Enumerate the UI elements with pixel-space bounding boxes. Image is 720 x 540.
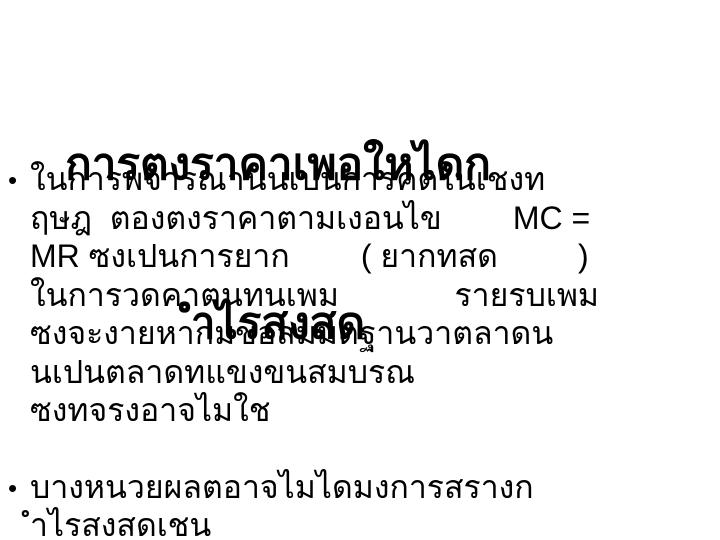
body-line: ฤษฎ ตองตงราคาตามเงอนไข MC = xyxy=(30,199,716,238)
body-line: นเปนตลาดทแขงขนสมบรณ xyxy=(30,353,716,392)
bullet-text-1: ในการพจารณานนเปนการคดในเชงท ฤษฎ ตองตงราค… xyxy=(30,160,716,430)
body-line: บางหนวยผลตอาจไมไดมงการสรางก xyxy=(30,468,716,507)
bullet-item-2: • บางหนวยผลตอาจไมไดมงการสรางก ำไรสงสดเชน xyxy=(8,468,716,540)
bullet-marker-icon: • xyxy=(8,469,17,508)
body-line: ซงจะงายหากมขอสมมตฐานวาตลาดน xyxy=(30,314,716,353)
bullet-marker-icon: • xyxy=(8,161,17,200)
body-line: ซงทจรงอาจไมใช xyxy=(30,391,716,430)
bullet-text-2: บางหนวยผลตอาจไมไดมงการสรางก ำไรสงสดเชน xyxy=(30,468,716,540)
body-line: ำไรสงสดเชน xyxy=(30,506,716,540)
body-line: ในการพจารณานนเปนการคดในเชงท xyxy=(30,160,716,199)
body-line: MR ซงเปนการยาก ( ยากทสด ) xyxy=(30,237,716,276)
presentation-slide: การตงราคาเพอใหไดก ำไรสงสด • ในการพจารณาน… xyxy=(0,0,720,540)
slide-body: • ในการพจารณานนเปนการคดในเชงท ฤษฎ ตองตงร… xyxy=(8,160,716,540)
body-line: ในการวดคาตนทนเพม รายรบเพม xyxy=(30,276,716,315)
bullet-item-1: • ในการพจารณานนเปนการคดในเชงท ฤษฎ ตองตงร… xyxy=(8,160,716,430)
